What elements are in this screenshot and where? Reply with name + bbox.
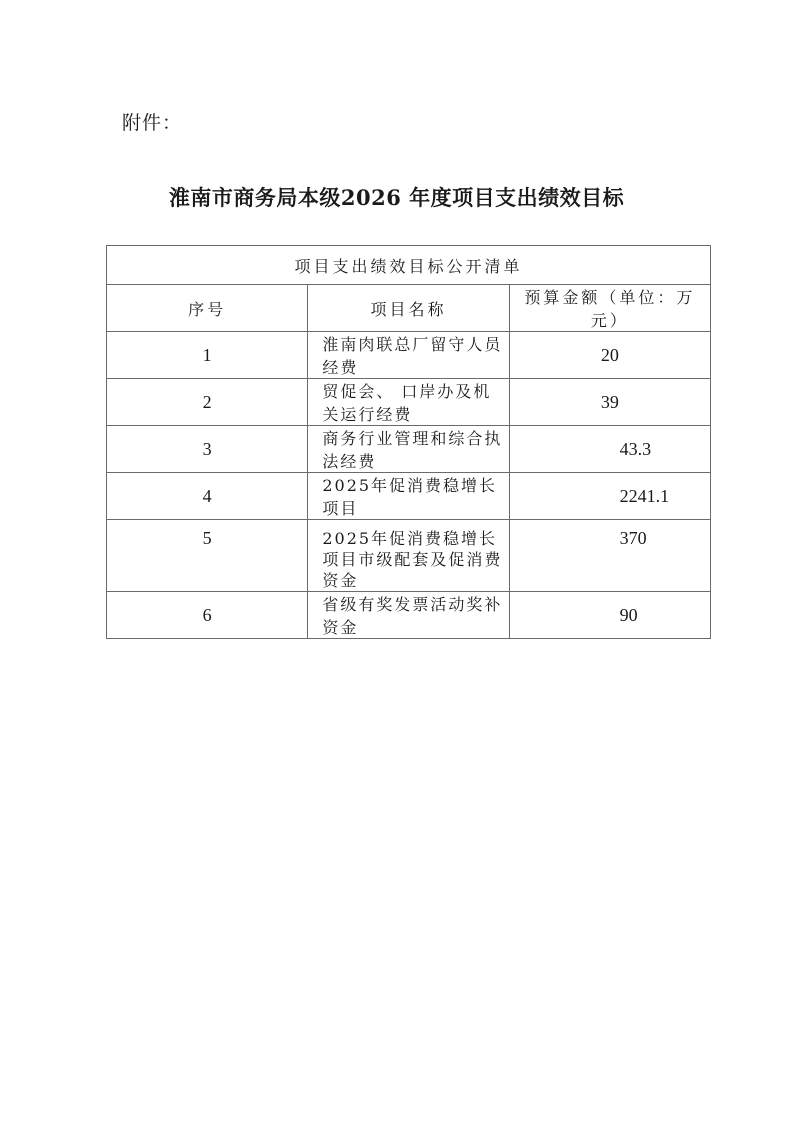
row-no: 5 [107,520,308,592]
table-row: 3 商务行业管理和综合执法经费 43.3 [107,426,711,473]
row-no: 1 [107,332,308,379]
row-amount: 43.3 [509,426,710,473]
row-name: 商务行业管理和综合执法经费 [308,426,509,473]
row-no: 2 [107,379,308,426]
table-row: 1 淮南肉联总厂留守人员经费 20 [107,332,711,379]
row-amount: 20 [509,332,710,379]
table-row: 2 贸促会、 口岸办及机关运行经费 39 [107,379,711,426]
table-caption: 项目支出绩效目标公开清单 [107,246,711,285]
table-header-row: 序号 项目名称 预算金额（单位：万元） [107,285,711,332]
row-no: 4 [107,473,308,520]
document-title: 淮南市商务局本级2026 年度项目支出绩效目标 [0,182,793,212]
row-name: 2025年促消费稳增长项目市级配套及促消费资金 [308,520,509,592]
header-amount: 预算金额（单位：万元） [509,285,710,332]
table-caption-row: 项目支出绩效目标公开清单 [107,246,711,285]
table-row: 5 2025年促消费稳增长项目市级配套及促消费资金 370 [107,520,711,592]
row-amount: 90 [509,592,710,639]
row-amount: 370 [509,520,710,592]
row-amount: 39 [509,379,710,426]
row-amount: 2241.1 [509,473,710,520]
header-name: 项目名称 [308,285,509,332]
table-row: 4 2025年促消费稳增长项目 2241.1 [107,473,711,520]
header-no: 序号 [107,285,308,332]
performance-target-table: 项目支出绩效目标公开清单 序号 项目名称 预算金额（单位：万元） 1 淮南肉联总… [106,245,711,639]
table-row: 6 省级有奖发票活动奖补资金 90 [107,592,711,639]
row-no: 6 [107,592,308,639]
row-no: 3 [107,426,308,473]
row-name: 省级有奖发票活动奖补资金 [308,592,509,639]
attachment-label: 附件： [122,108,182,135]
row-name: 2025年促消费稳增长项目 [308,473,509,520]
row-name: 贸促会、 口岸办及机关运行经费 [308,379,509,426]
row-name: 淮南肉联总厂留守人员经费 [308,332,509,379]
